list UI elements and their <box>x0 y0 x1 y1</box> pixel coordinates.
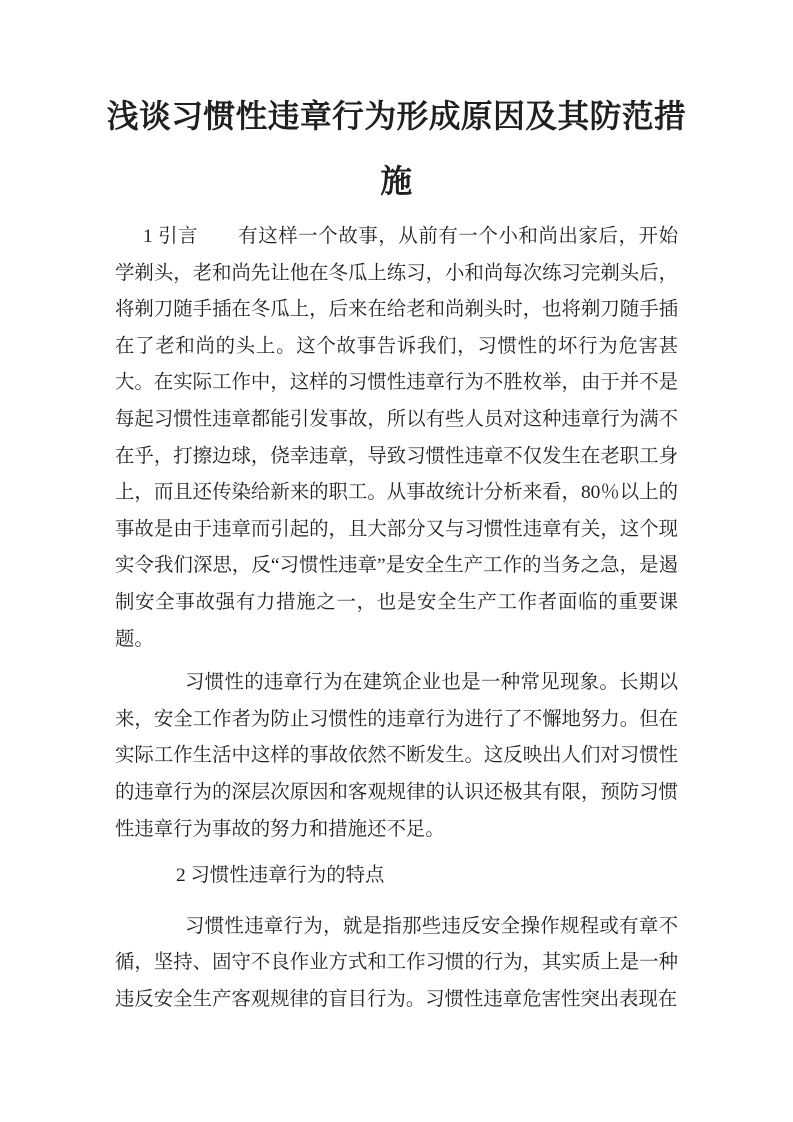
paragraph-construction-violations: 习惯性的违章行为在建筑企业也是一种常见现象。长期以来，安全工作者为防止习惯性的违… <box>115 665 678 848</box>
document-body: 1 引言 有这样一个故事，从前有一个小和尚出家后，开始学剃头，老和尚先让他在冬瓜… <box>115 219 678 1018</box>
section-heading-characteristics: 2 习惯性违章行为的特点 <box>115 858 678 895</box>
document-title-line-1: 浅谈习惯性违章行为形成原因及其防范措 <box>0 84 793 149</box>
document-page: 浅谈习惯性违章行为形成原因及其防范措 施 1 引言 有这样一个故事，从前有一个小… <box>0 0 793 1122</box>
document-title: 浅谈习惯性违章行为形成原因及其防范措 施 <box>0 84 793 214</box>
paragraph-violation-definition: 习惯性违章行为，就是指那些违反安全操作规程或有章不循，坚持、固守不良作业方式和工… <box>115 909 678 1019</box>
paragraph-introduction: 1 引言 有这样一个故事，从前有一个小和尚出家后，开始学剃头，老和尚先让他在冬瓜… <box>115 219 678 658</box>
document-title-line-2: 施 <box>0 149 793 214</box>
